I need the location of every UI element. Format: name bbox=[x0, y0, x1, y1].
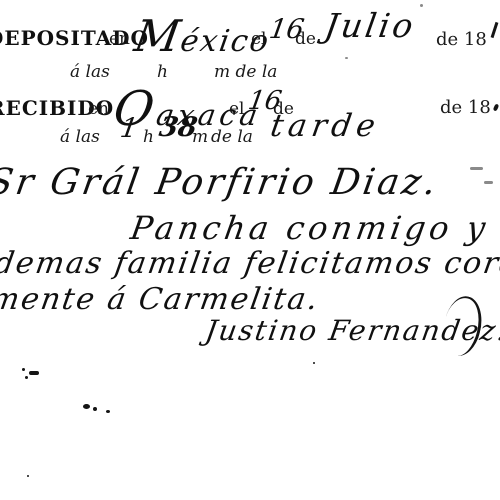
message-line-2: demas familia felicitamos cordial bbox=[0, 246, 500, 281]
received-dela-label: de la bbox=[211, 127, 253, 147]
deposited-de-label: de bbox=[295, 29, 316, 49]
received-period-handwritten: tarde bbox=[268, 108, 383, 144]
ink-speck bbox=[484, 181, 493, 184]
received-year-label: de 18 bbox=[440, 97, 491, 118]
ink-speck bbox=[106, 410, 110, 413]
received-hour-handwritten: 1 bbox=[118, 113, 140, 144]
deposited-year-label: de 18 bbox=[436, 29, 487, 50]
deposited-hours-label: h bbox=[157, 62, 168, 82]
deposited-month-handwritten: Julio bbox=[322, 6, 419, 45]
received-year-pen-mark bbox=[493, 103, 500, 111]
ink-speck bbox=[470, 167, 483, 170]
ink-speck bbox=[345, 57, 348, 59]
message-line-3: mente á Carmelita. bbox=[0, 282, 322, 317]
deposited-en-label: en bbox=[109, 29, 130, 49]
ink-speck bbox=[93, 407, 97, 411]
message-line-1: Pancha conmigo y bbox=[128, 209, 492, 247]
received-el-label: el bbox=[229, 99, 245, 119]
ink-speck bbox=[83, 404, 90, 409]
message-addressee: Sr Grál Porfirio Diaz. bbox=[0, 162, 442, 203]
ink-speck bbox=[22, 368, 25, 371]
ink-speck bbox=[27, 475, 29, 477]
received-en-label: en bbox=[88, 99, 109, 119]
deposited-year-pen-mark bbox=[491, 22, 499, 38]
received-m-label: m bbox=[192, 127, 208, 147]
ink-speck bbox=[313, 362, 315, 364]
received-alas-label: á las bbox=[60, 127, 100, 147]
deposited-el-label: el bbox=[251, 29, 267, 49]
deposited-minutes-label: m de la bbox=[214, 62, 277, 82]
ink-speck bbox=[29, 371, 39, 375]
deposited-alas-label: á las bbox=[70, 62, 110, 82]
ink-speck bbox=[420, 4, 423, 7]
signature-flourish bbox=[437, 292, 487, 359]
received-h-label: h bbox=[143, 127, 154, 147]
telegram-scan: DEPOSITADO en México el 16 de Julio de 1… bbox=[0, 0, 500, 500]
ink-speck bbox=[25, 376, 28, 379]
